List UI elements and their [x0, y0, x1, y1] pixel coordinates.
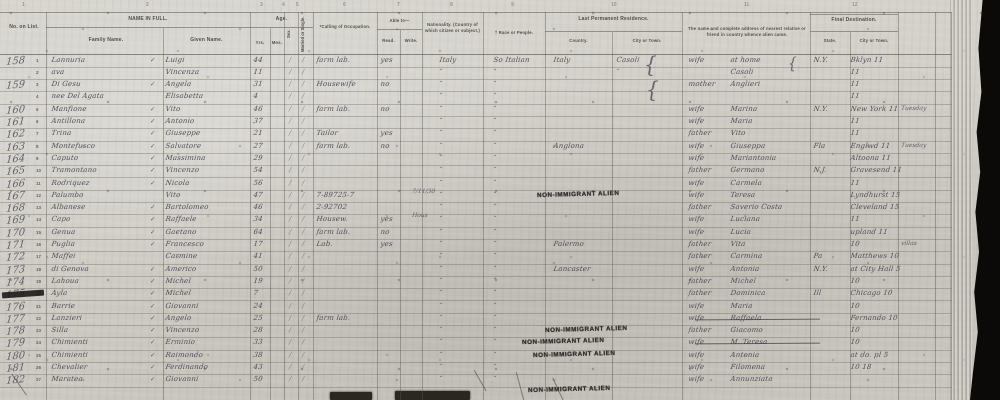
sex-tick: ∕	[289, 326, 291, 334]
nationality: ″	[439, 289, 443, 297]
column-number: 6	[343, 2, 346, 8]
row-number: 176	[6, 300, 26, 313]
nationality: ″	[439, 203, 443, 211]
sex-tick: ∕	[289, 363, 291, 371]
family-name: Tramontano	[51, 166, 97, 174]
relative-name: Antonia	[730, 351, 760, 359]
destination-underline	[810, 31, 898, 32]
header-family-name: Family Name.	[52, 37, 160, 44]
race-or-people: ″	[493, 117, 497, 125]
ink-strike-line	[695, 318, 820, 320]
row-number: 173	[6, 264, 26, 277]
residence-city: ″	[616, 68, 620, 76]
column-rule	[545, 12, 546, 400]
nationality: ″	[439, 351, 443, 359]
race-or-people: ″	[493, 302, 497, 310]
age-years: 44	[253, 56, 263, 64]
age-years: 64	[253, 228, 263, 236]
family-name: Chimienti	[51, 338, 88, 346]
nationality: ″	[439, 191, 443, 199]
nationality: ″	[439, 314, 443, 322]
row-number: 177	[6, 313, 26, 326]
family-name: Maratea	[51, 375, 83, 383]
header-able-to: Able to—	[377, 18, 422, 24]
destination-city: at do. pl 5	[850, 351, 889, 359]
line-number: 3	[36, 82, 39, 87]
relative-name: Carmela	[730, 179, 762, 187]
nationality: ″	[439, 265, 443, 273]
row-number: 166	[6, 177, 26, 190]
row-number: 161	[6, 116, 26, 129]
line-number: 6	[36, 119, 39, 124]
residence-country: Italy	[553, 56, 571, 64]
line-number: 17	[36, 254, 41, 259]
destination-city: Bklyn 11	[850, 56, 884, 64]
marital-tick: ∕	[302, 265, 304, 273]
family-name: Silla	[51, 326, 69, 334]
sex-tick: ∕	[289, 142, 291, 150]
marital-tick: ∕	[302, 228, 304, 236]
check-mark: ✓	[150, 215, 155, 223]
race-or-people: ″	[493, 228, 497, 236]
nationality: ″	[439, 338, 443, 346]
sex-tick: ∕	[289, 215, 291, 223]
marital-tick: ∕	[302, 105, 304, 113]
marital-tick: ∕	[302, 68, 304, 76]
destination-box-top	[810, 14, 898, 15]
able-to-read: no	[380, 142, 390, 150]
family-name: Trina	[51, 129, 72, 137]
relative-name: Raffaela	[730, 314, 762, 322]
relative-relation: wife	[688, 179, 705, 187]
column-number: 7	[397, 2, 400, 8]
line-number: 26	[36, 365, 41, 370]
family-name: Lanzieri	[51, 314, 83, 322]
line-number: 12	[36, 193, 41, 198]
given-name: Massimina	[165, 154, 206, 162]
margin-note: Tuesday	[901, 142, 927, 149]
line-number: 18	[36, 267, 41, 272]
destination-city: 11	[850, 215, 860, 223]
relative-relation: wife	[688, 265, 705, 273]
destination-city: 10	[850, 240, 860, 248]
relative-name: Saverio Costa	[730, 203, 783, 211]
column-rule	[850, 32, 851, 400]
relative-name: Michel	[730, 277, 756, 285]
marital-tick: ∕	[302, 215, 304, 223]
line-number: 27	[36, 377, 41, 382]
sex-tick: ∕	[289, 92, 291, 100]
age-years: 31	[253, 80, 263, 88]
stamp-fragment	[395, 391, 470, 400]
column-rule	[810, 12, 811, 400]
nationality: ″	[439, 105, 443, 113]
given-name: Erminio	[165, 338, 196, 346]
nationality: ″	[439, 80, 443, 88]
able-to-read: no	[380, 228, 390, 236]
family-name: Barrie	[51, 302, 76, 310]
residence-country: Anglona	[553, 142, 585, 150]
marital-tick: ∕	[302, 191, 304, 199]
check-mark: ✓	[150, 142, 155, 150]
destination-state: N.Y.	[813, 105, 829, 113]
family-name: Caputo	[51, 154, 79, 162]
relative-relation: father	[688, 203, 712, 211]
nationality: ″	[439, 215, 443, 223]
column-rule	[163, 28, 164, 400]
nationality: ″	[439, 142, 443, 150]
age-years: 4	[253, 92, 259, 100]
destination-state: N.Y.	[813, 265, 829, 273]
destination-city: Englwd 11	[850, 142, 891, 150]
race-or-people: ″	[493, 314, 497, 322]
line-number: 14	[36, 217, 41, 222]
row-number: 172	[6, 251, 26, 264]
line-number: 7	[36, 131, 39, 136]
column-rule	[951, 12, 952, 400]
able-to-read: yes	[380, 240, 393, 248]
relative-name: Casoli	[730, 68, 754, 76]
destination-city: 10 18	[850, 363, 872, 371]
header-last-permanent-residence: Last Permanent Residence.	[545, 16, 682, 23]
sex-tick: ∕	[289, 228, 291, 236]
relative-relation: wife	[688, 375, 705, 383]
able-to-read: yes	[380, 129, 393, 137]
relative-relation: father	[688, 252, 712, 260]
header-nationality: Nationality. (Country of which citizen o…	[424, 22, 481, 33]
nationality: ″	[439, 363, 443, 371]
race-or-people: ″	[493, 240, 497, 248]
age-group-underline	[250, 27, 313, 28]
able-to-read: no	[380, 80, 390, 88]
nationality: ″	[439, 92, 443, 100]
family-name: Lannuria	[51, 56, 86, 64]
marital-tick: ∕	[302, 179, 304, 187]
check-mark: ✓	[150, 154, 155, 162]
column-rule	[250, 12, 251, 400]
given-name: Raimondo	[165, 351, 203, 359]
header-yrs: Yrs.	[250, 40, 270, 46]
race-or-people: ″	[493, 375, 497, 383]
given-name: Michel	[165, 277, 191, 285]
family-name: nee Del Agata	[51, 92, 105, 100]
nationality: ″	[439, 117, 443, 125]
sex-tick: ∕	[289, 105, 291, 113]
check-mark: ✓	[150, 265, 155, 273]
line-number: 8	[36, 144, 39, 149]
given-name: Gaetano	[165, 228, 197, 236]
relative-name: Marina	[730, 105, 758, 113]
line-number: 10	[36, 168, 41, 173]
relative-name: Giacomo	[730, 326, 763, 334]
relative-relation: wife	[688, 215, 705, 223]
relative-relation: wife	[688, 351, 705, 359]
destination-city: Lyndhurst 15	[850, 191, 901, 199]
race-or-people: ″	[493, 191, 497, 199]
given-name: Vito	[165, 191, 181, 199]
sex-tick: ∕	[289, 117, 291, 125]
age-years: 25	[253, 314, 263, 322]
stamp-fragment	[330, 392, 372, 400]
sex-tick: ∕	[289, 351, 291, 359]
race-or-people: ″	[493, 154, 497, 162]
age-years: 50	[253, 375, 263, 383]
given-name: Luigi	[165, 56, 185, 64]
age-years: 28	[253, 326, 263, 334]
able-to-read: no	[380, 105, 390, 113]
age-years: 38	[253, 351, 263, 359]
occupation-annotation: Hous	[412, 212, 429, 219]
column-rule	[377, 12, 378, 400]
destination-city: 11	[850, 179, 860, 187]
destination-city: Fernando 10	[850, 314, 898, 322]
marital-tick: ∕	[302, 338, 304, 346]
race-or-people: ″	[493, 68, 497, 76]
marital-tick: ∕	[302, 289, 304, 297]
nationality: ″	[439, 302, 443, 310]
family-name: Capo	[51, 215, 71, 223]
nationality: ″	[439, 154, 443, 162]
sex-tick: ∕	[289, 289, 291, 297]
check-mark: ✓	[150, 351, 155, 359]
sex-tick: ∕	[289, 338, 291, 346]
check-mark: ✓	[150, 129, 155, 137]
nationality: Italy	[439, 56, 457, 64]
given-name: Vincenzo	[165, 326, 200, 334]
age-years: 37	[253, 117, 263, 125]
given-name: Angelo	[165, 314, 192, 322]
header-married-single: Married or Single.	[300, 14, 310, 54]
occupation: farm lab.	[316, 56, 351, 64]
relative-name: Vita	[730, 240, 746, 248]
destination-city: at City Hall 5	[850, 265, 901, 273]
relative-relation: father	[688, 289, 712, 297]
check-mark: ✓	[150, 228, 155, 236]
column-rule	[612, 32, 613, 400]
sex-tick: ∕	[289, 129, 291, 137]
relative-name: Anglieri	[730, 80, 761, 88]
given-name: Raffaele	[165, 215, 197, 223]
given-name: Giuseppe	[165, 129, 201, 137]
header-calling-occupation: *Calling of Occupation.	[316, 24, 374, 30]
relative-name: Antonia	[730, 265, 760, 273]
check-mark: ✓	[150, 80, 155, 88]
check-mark: ✓	[150, 105, 155, 113]
column-number: 8	[450, 2, 453, 8]
header-sex: Sex.	[286, 16, 296, 52]
line-number: 2	[36, 70, 39, 75]
relative-relation: father	[688, 166, 712, 174]
age-years: 54	[253, 166, 263, 174]
row-number: 163	[6, 141, 26, 154]
sex-tick: ∕	[289, 240, 291, 248]
family-name: Montefusco	[51, 142, 96, 150]
non-immigrant-alien-stamp: NON-IMMIGRANT ALIEN	[528, 385, 611, 394]
given-name: Bartolomeo	[165, 203, 209, 211]
row-number: 158	[6, 54, 26, 67]
destination-city: New York 11	[850, 105, 899, 113]
race-or-people: ″	[493, 129, 497, 137]
family-name: Genua	[51, 228, 76, 236]
given-name: Giovanni	[165, 375, 199, 383]
line-number: 13	[36, 205, 41, 210]
nationality: ″	[439, 375, 443, 383]
check-mark: ✓	[150, 166, 155, 174]
nationality: ″	[439, 228, 443, 236]
sex-tick: ∕	[289, 277, 291, 285]
row-number: 171	[6, 239, 26, 252]
age-years: 29	[253, 154, 263, 162]
marital-tick: ∕	[302, 351, 304, 359]
age-years: 19	[253, 277, 263, 285]
race-or-people: ″	[493, 166, 497, 174]
check-mark: ✓	[150, 56, 155, 64]
given-name: Michel	[165, 289, 191, 297]
occupation: Lab.	[316, 240, 333, 248]
family-name: di Genova	[51, 265, 89, 273]
sex-tick: ∕	[289, 166, 291, 174]
sex-tick: ∕	[289, 314, 291, 322]
destination-city: Altoona 11	[850, 154, 891, 162]
age-years: 24	[253, 302, 263, 310]
header-mos: Mos.	[270, 40, 284, 46]
race-or-people: ″	[493, 289, 497, 297]
nationality: ″	[439, 68, 443, 76]
given-name: Vincenzo	[165, 166, 200, 174]
race-or-people: ″	[493, 363, 497, 371]
race-or-people: ″	[493, 277, 497, 285]
residence-country: Lancaster	[553, 265, 591, 273]
row-number: 170	[6, 227, 26, 240]
destination-city: 11	[850, 68, 860, 76]
nationality: ″	[439, 240, 443, 248]
marital-tick: ∕	[302, 326, 304, 334]
name-group-underline	[46, 27, 250, 28]
age-years: 34	[253, 215, 263, 223]
occupation: farm lab.	[316, 142, 351, 150]
relative-relation: wife	[688, 363, 705, 371]
nationality: ″	[439, 166, 443, 174]
family-name: Di Gesu	[51, 80, 81, 88]
family-name: Antillona	[51, 117, 86, 125]
header-final-destination: Final Destination.	[810, 17, 898, 24]
sex-tick: ∕	[289, 191, 291, 199]
line-number: 22	[36, 316, 41, 321]
column-rule	[284, 12, 285, 400]
non-immigrant-alien-stamp: NON-IMMIGRANT ALIEN	[537, 190, 620, 199]
race-or-people: ″	[493, 265, 497, 273]
header-write: Write.	[400, 38, 422, 44]
column-rule	[400, 30, 401, 400]
marital-tick: ∕	[302, 154, 304, 162]
marital-tick: ∕	[302, 277, 304, 285]
given-name: Vito	[165, 105, 181, 113]
nationality: ″	[439, 277, 443, 285]
destination-city: 10	[850, 326, 860, 334]
destination-state: Ill	[813, 289, 822, 297]
age-years: 41	[253, 252, 263, 260]
relative-name: Vito	[730, 129, 746, 137]
check-mark: ✓	[150, 289, 155, 297]
marital-tick: ∕	[302, 56, 304, 64]
destination-state: Fla	[813, 142, 826, 150]
family-name: Maffei	[51, 252, 76, 260]
check-mark: ✓	[150, 179, 155, 187]
race-or-people: ″	[493, 179, 497, 187]
given-name: Giovanni	[165, 302, 199, 310]
family-name: Palumbo	[51, 191, 84, 199]
family-name: Chevalier	[51, 363, 88, 371]
given-name: Carmine	[165, 252, 198, 260]
destination-state: N.J.	[813, 166, 827, 174]
age-years: 17	[253, 240, 263, 248]
relative-name: Teresa	[730, 191, 756, 199]
given-name: Ferdinando	[165, 363, 209, 371]
line-number: 11	[36, 181, 41, 186]
column-number: 12	[852, 2, 858, 8]
column-number: 10	[611, 2, 617, 8]
column-rule	[46, 12, 47, 400]
occupation-annotation: 7/11/30	[412, 188, 436, 195]
marital-tick: ∕	[302, 363, 304, 371]
marital-tick: ∕	[302, 203, 304, 211]
destination-city: Gravesend 11	[850, 166, 902, 174]
check-mark: ✓	[150, 117, 155, 125]
header-given-name: Given Name.	[163, 37, 250, 44]
column-rule	[313, 12, 314, 400]
relative-name: Luciana	[730, 215, 761, 223]
non-immigrant-alien-stamp: NON-IMMIGRANT ALIEN	[545, 325, 628, 334]
relative-name: Annunziata	[730, 375, 773, 383]
destination-city: 11	[850, 92, 860, 100]
line-number: 4	[36, 94, 39, 99]
header-residence-city: City or Town.	[612, 38, 682, 44]
column-rule	[682, 12, 683, 400]
row-number: 181	[6, 362, 26, 375]
occupation: Housewife	[316, 80, 356, 88]
row-number: 169	[6, 214, 26, 227]
race-or-people: So Italian	[493, 56, 530, 64]
check-mark: ✓	[150, 314, 155, 322]
nationality: ″	[439, 252, 443, 260]
given-name: Nicola	[165, 179, 190, 187]
residence-country: Palermo	[553, 240, 585, 248]
relative-name: Germano	[730, 166, 765, 174]
given-name: Francesco	[165, 240, 204, 248]
relative-relation: father	[688, 277, 712, 285]
header-race-or-people: † Race or People.	[485, 30, 543, 36]
destination-city: 10	[850, 302, 860, 310]
relative-relation: wife	[688, 142, 705, 150]
line-number: 16	[36, 242, 41, 247]
relative-name: Mariantonia	[730, 154, 777, 162]
race-or-people: ″	[493, 80, 497, 88]
sex-tick: ∕	[289, 179, 291, 187]
marital-tick: ∕	[302, 92, 304, 100]
marital-tick: ∕	[302, 166, 304, 174]
row-number: 180	[6, 350, 26, 363]
race-or-people: ″	[493, 105, 497, 113]
column-number: 4	[282, 2, 285, 8]
marital-tick: ∕	[302, 80, 304, 88]
relative-name: Maria	[730, 117, 753, 125]
line-number: 21	[36, 304, 41, 309]
row-number: 160	[6, 104, 26, 117]
destination-city: 10	[850, 277, 860, 285]
line-number: 5	[36, 107, 39, 112]
destination-city: Matthews 10	[850, 252, 900, 260]
relative-name: Dominica	[730, 289, 766, 297]
